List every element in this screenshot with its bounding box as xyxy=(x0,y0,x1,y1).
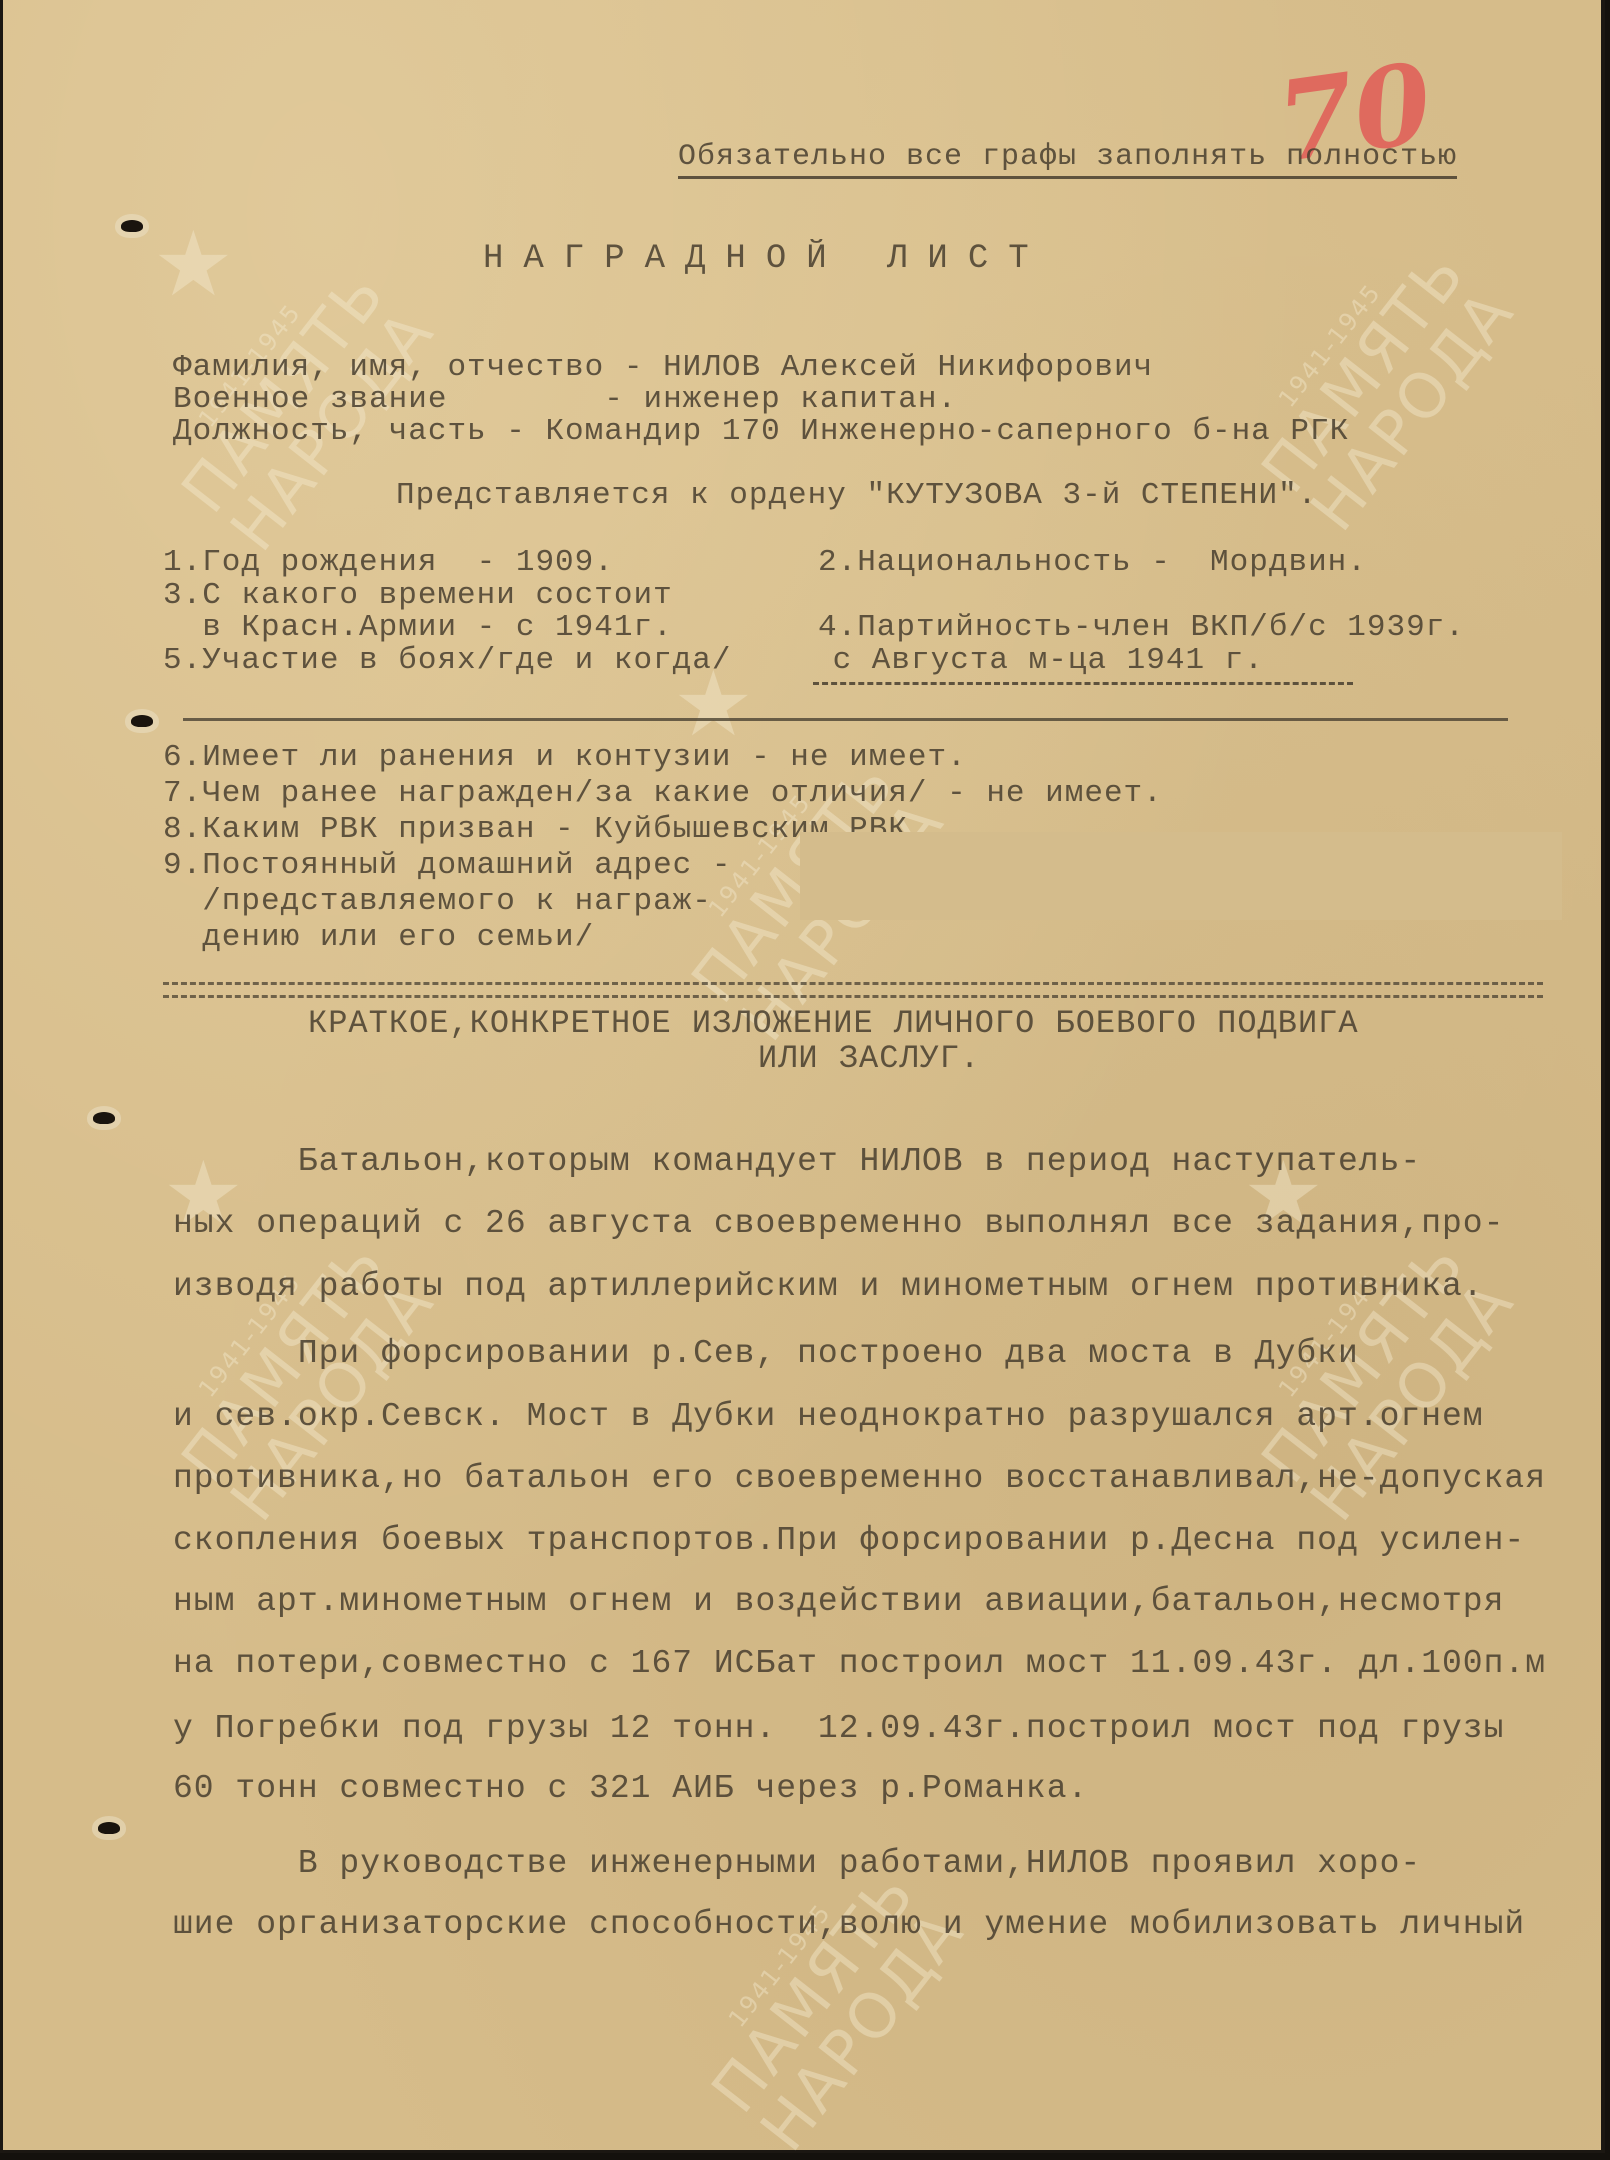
item-home-address-label-3: дению или его семьи/ xyxy=(163,920,594,955)
header-instruction: Обязательно все графы заполнять полность… xyxy=(678,140,1457,179)
field-full-name: Фамилия, имя, отчество - НИЛОВ Алексей Н… xyxy=(173,350,1153,385)
binding-hole xyxy=(131,715,153,727)
body-line: и сев.окр.Севск. Мост в Дубки неоднократ… xyxy=(173,1398,1484,1435)
item-draft-office: 8.Каким РВК призван - Куйбышевским РВК xyxy=(163,812,908,847)
body-line: у Погребки под грузы 12 тонн. 12.09.43г.… xyxy=(173,1710,1504,1747)
binding-hole xyxy=(93,1112,115,1124)
body-line: изводя работы под артиллерийским и мином… xyxy=(173,1268,1484,1305)
nomination-line: Представляется к ордену "КУТУЗОВА 3-й СТ… xyxy=(396,478,1317,513)
body-line: ным арт.минометным огнем и воздействии а… xyxy=(173,1583,1504,1620)
item-wounds: 6.Имеет ли ранения и контузии - не имеет… xyxy=(163,740,967,775)
item-service-since: 3.С какого времени состоит xyxy=(163,578,673,613)
double-dashed-separator xyxy=(163,982,1543,998)
body-line: скопления боевых транспортов.При форсиро… xyxy=(173,1522,1525,1559)
section-heading: КРАТКОЕ,КОНКРЕТНОЕ ИЗЛОЖЕНИЕ ЛИЧНОГО БОЕ… xyxy=(308,1005,1359,1042)
binding-hole xyxy=(121,220,143,232)
body-line: ных операций с 26 августа своевременно в… xyxy=(173,1205,1504,1242)
item-combat-participation-value: с Августа м-ца 1941 г. xyxy=(813,643,1353,685)
item-previous-awards: 7.Чем ранее награжден/за какие отличия/ … xyxy=(163,776,1163,811)
section-heading-line2: ИЛИ ЗАСЛУГ. xyxy=(758,1040,980,1077)
item-party-membership: 4.Партийность-член ВКП/б/с 1939г. xyxy=(818,610,1465,645)
item-service-since-value: в Красн.Армии - с 1941г. xyxy=(163,610,673,645)
item-home-address-label: 9.Постоянный домашний адрес - xyxy=(163,848,732,883)
item-nationality: 2.Национальность - Мордвин. xyxy=(818,545,1367,580)
watermark-pamyat-naroda: 1941-1945 ПАМЯТЬ НАРОДА xyxy=(683,1846,975,2160)
body-line: Батальон,которым командует НИЛОВ в перио… xyxy=(173,1143,1421,1180)
body-line: на потери,совместно с 167 ИСБат построил… xyxy=(173,1645,1546,1682)
field-rank: Военное звание - инженер капитан. xyxy=(173,382,957,417)
binding-hole xyxy=(98,1822,120,1834)
award-sheet-page: 1941-1945 ПАМЯТЬ НАРОДА ★ 1941-1945 ПАМЯ… xyxy=(0,0,1605,2153)
document-title: НАГРАДНОЙ ЛИСТ xyxy=(483,240,1049,278)
body-line: 60 тонн совместно с 321 АИБ через р.Рома… xyxy=(173,1770,1088,1807)
item-home-address-label-2: /представляемого к награж- xyxy=(163,884,712,919)
body-line: шие организаторские способности,волю и у… xyxy=(173,1906,1525,1943)
separator-line xyxy=(183,718,1508,721)
item-birth-year: 1.Год рождения - 1909. xyxy=(163,545,614,580)
body-line: противника,но батальон его своевременно … xyxy=(173,1460,1546,1497)
redacted-address xyxy=(800,832,1562,920)
item-combat-participation-label: 5.Участие в боях/где и когда/ xyxy=(163,643,732,678)
body-line: При форсировании р.Сев, построено два мо… xyxy=(173,1335,1359,1372)
watermark-star-icon: ★ xyxy=(153,220,234,310)
field-position: Должность, часть - Командир 170 Инженерн… xyxy=(173,414,1349,449)
body-line: В руководстве инженерными работами,НИЛОВ… xyxy=(173,1845,1421,1882)
